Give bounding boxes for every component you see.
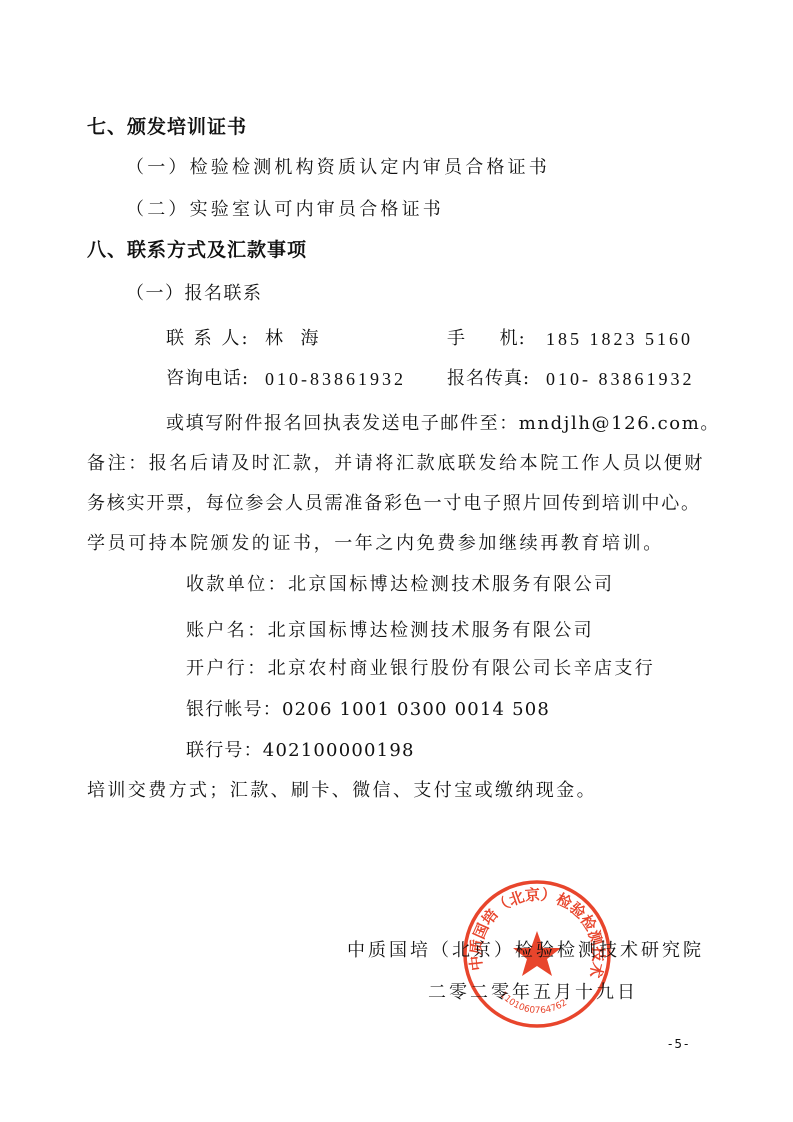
- note-line-1: 备注：报名后请及时汇款，并请将汇款底联发给本院工作人员以便财: [87, 453, 705, 475]
- phone-label: 咨询电话:: [166, 368, 249, 390]
- phone-value: 010-83861932: [265, 368, 406, 390]
- note-line-2: 务核实开票，每位参会人员需准备彩色一寸电子照片回传到培训中心。: [87, 493, 701, 515]
- page-number: -5-: [668, 1037, 690, 1051]
- contact-person-value: 林 海: [265, 328, 320, 350]
- bank-payee: 收款单位：北京国标博达检测技术服务有限公司: [186, 574, 614, 596]
- section-7-item-2: （二）实验室认可内审员合格证书: [126, 199, 444, 221]
- payment-methods: 培训交费方式；汇款、刷卡、微信、支付宝或缴纳现金。: [87, 780, 597, 802]
- section-8-sub-1: （一）报名联系: [126, 283, 263, 305]
- section-8-heading: 八、联系方式及汇款事项: [87, 239, 307, 261]
- bank-account-number: 银行帐号：0206 1001 0300 0014 508: [186, 699, 550, 721]
- fax-label: 报名传真:: [447, 368, 530, 390]
- section-7-item-1: （一）检验检测机构资质认定内审员合格证书: [126, 157, 550, 179]
- bank-account-name: 账户名：北京国标博达检测技术服务有限公司: [186, 620, 594, 642]
- section-7-heading: 七、颁发培训证书: [87, 116, 247, 138]
- document-page: 七、颁发培训证书 （一）检验检测机构资质认定内审员合格证书 （二）实验室认可内审…: [0, 0, 793, 1122]
- note-line-3: 学员可持本院颁发的证书，一年之内免费参加继续再教育培训。: [87, 533, 664, 555]
- signature-date: 二零二零年五月十九日: [428, 982, 638, 1004]
- mobile-value: 185 1823 5160: [546, 328, 693, 350]
- bank-code: 联行号：402100000198: [186, 740, 415, 762]
- signature-organization: 中质国培（北京）检验检测技术研究院: [347, 940, 704, 962]
- mobile-label: 手 机:: [447, 328, 526, 350]
- email-instruction-text: 或填写附件报名回执表发送电子邮件至：mndjlh@126.com。: [166, 413, 720, 434]
- email-instruction: 或填写附件报名回执表发送电子邮件至：mndjlh@126.com。: [166, 413, 720, 435]
- bank-name: 开户行：北京农村商业银行股份有限公司长辛店支行: [186, 658, 655, 680]
- contact-person-label: 联 系 人:: [166, 328, 250, 350]
- fax-value: 010- 83861932: [546, 368, 695, 390]
